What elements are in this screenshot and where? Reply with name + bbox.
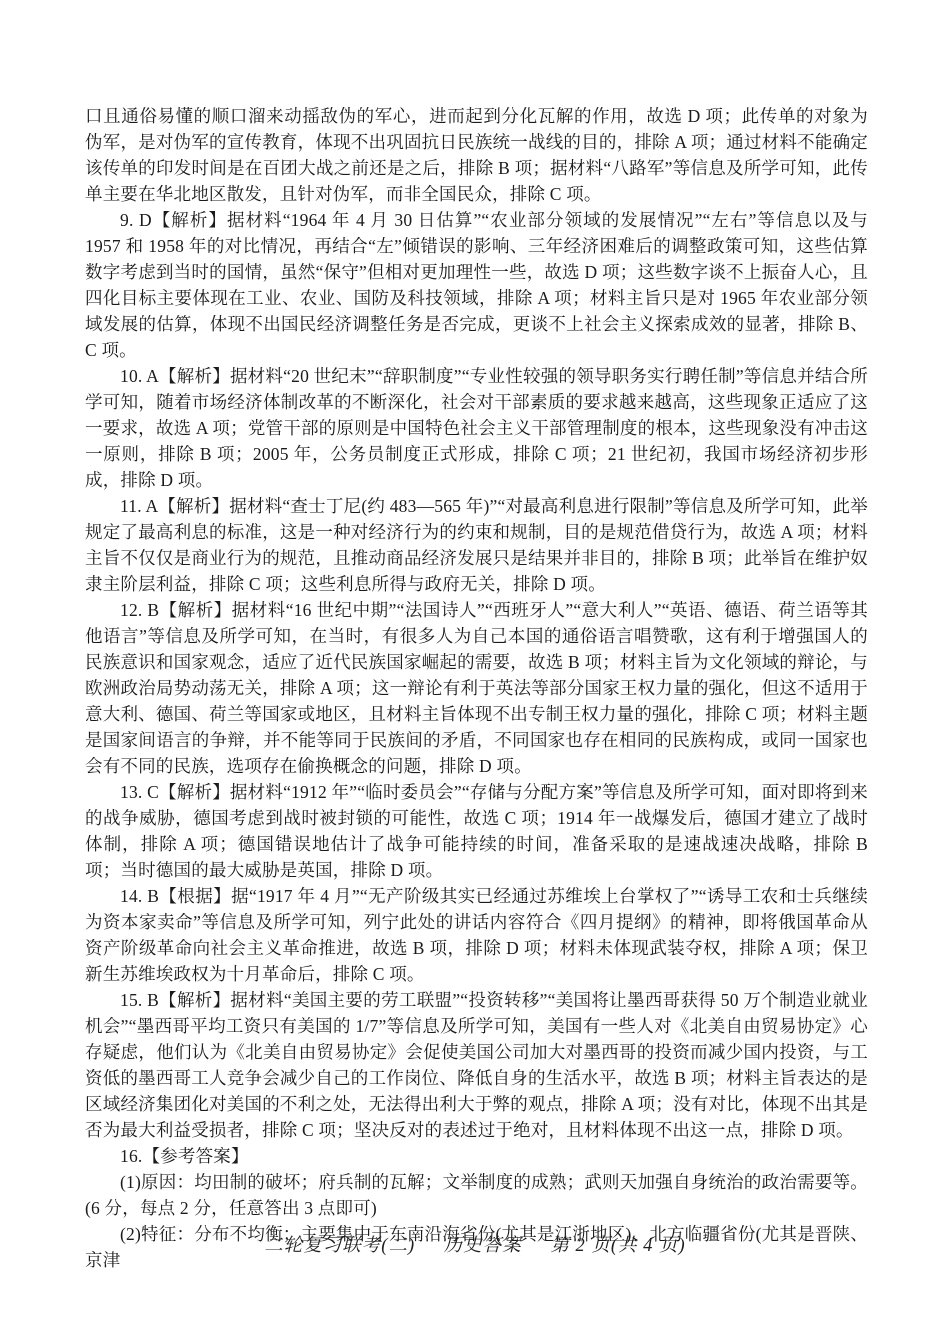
explanation-q15: 15. B【解析】据材料“美国主要的劳工联盟”“投资转移”“美国将让墨西哥获得 … bbox=[85, 987, 868, 1143]
footer-subject: 历史答案 bbox=[444, 1231, 522, 1257]
explanation-q11: 11. A【解析】据材料“查士丁尼(约 483—565 年)”“对最高利息进行限… bbox=[85, 493, 868, 597]
page-footer: 二轮复习联考(二) 历史答案 第 2 页(共 4 页) bbox=[0, 1231, 950, 1257]
footer-exam-round: 二轮复习联考(二) bbox=[264, 1231, 415, 1257]
explanation-q13: 13. C【解析】据材料“1912 年”“临时委员会”“存储与分配方案”等信息及… bbox=[85, 779, 868, 883]
footer-page-number: 第 2 页(共 4 页) bbox=[550, 1231, 685, 1257]
explanation-q14: 14. B【根据】据“1917 年 4 月”“无产阶级其实已经通过苏维埃上台掌权… bbox=[85, 883, 868, 987]
answer-explanations: 口且通俗易懂的顺口溜来动摇敌伪的军心，进而起到分化瓦解的作用，故选 D 项；此传… bbox=[85, 103, 868, 1273]
explanation-q9: 9. D【解析】据材料“1964 年 4 月 30 日估算”“农业部分领域的发展… bbox=[85, 207, 868, 363]
explanation-q12: 12. B【解析】据材料“16 世纪中期”“法国诗人”“西班牙人”“意大利人”“… bbox=[85, 597, 868, 779]
answer-sheet-page: 口且通俗易懂的顺口溜来动摇敌伪的军心，进而起到分化瓦解的作用，故选 D 项；此传… bbox=[0, 0, 950, 1324]
continuation-paragraph: 口且通俗易懂的顺口溜来动摇敌伪的军心，进而起到分化瓦解的作用，故选 D 项；此传… bbox=[85, 103, 868, 207]
answer-q16-part1: (1)原因：均田制的破坏；府兵制的瓦解；文举制度的成熟；武则天加强自身统治的政治… bbox=[85, 1169, 868, 1221]
explanation-q10: 10. A【解析】据材料“20 世纪末”“辞职制度”“专业性较强的领导职务实行聘… bbox=[85, 363, 868, 493]
reference-answer-heading-q16: 16.【参考答案】 bbox=[85, 1143, 868, 1169]
